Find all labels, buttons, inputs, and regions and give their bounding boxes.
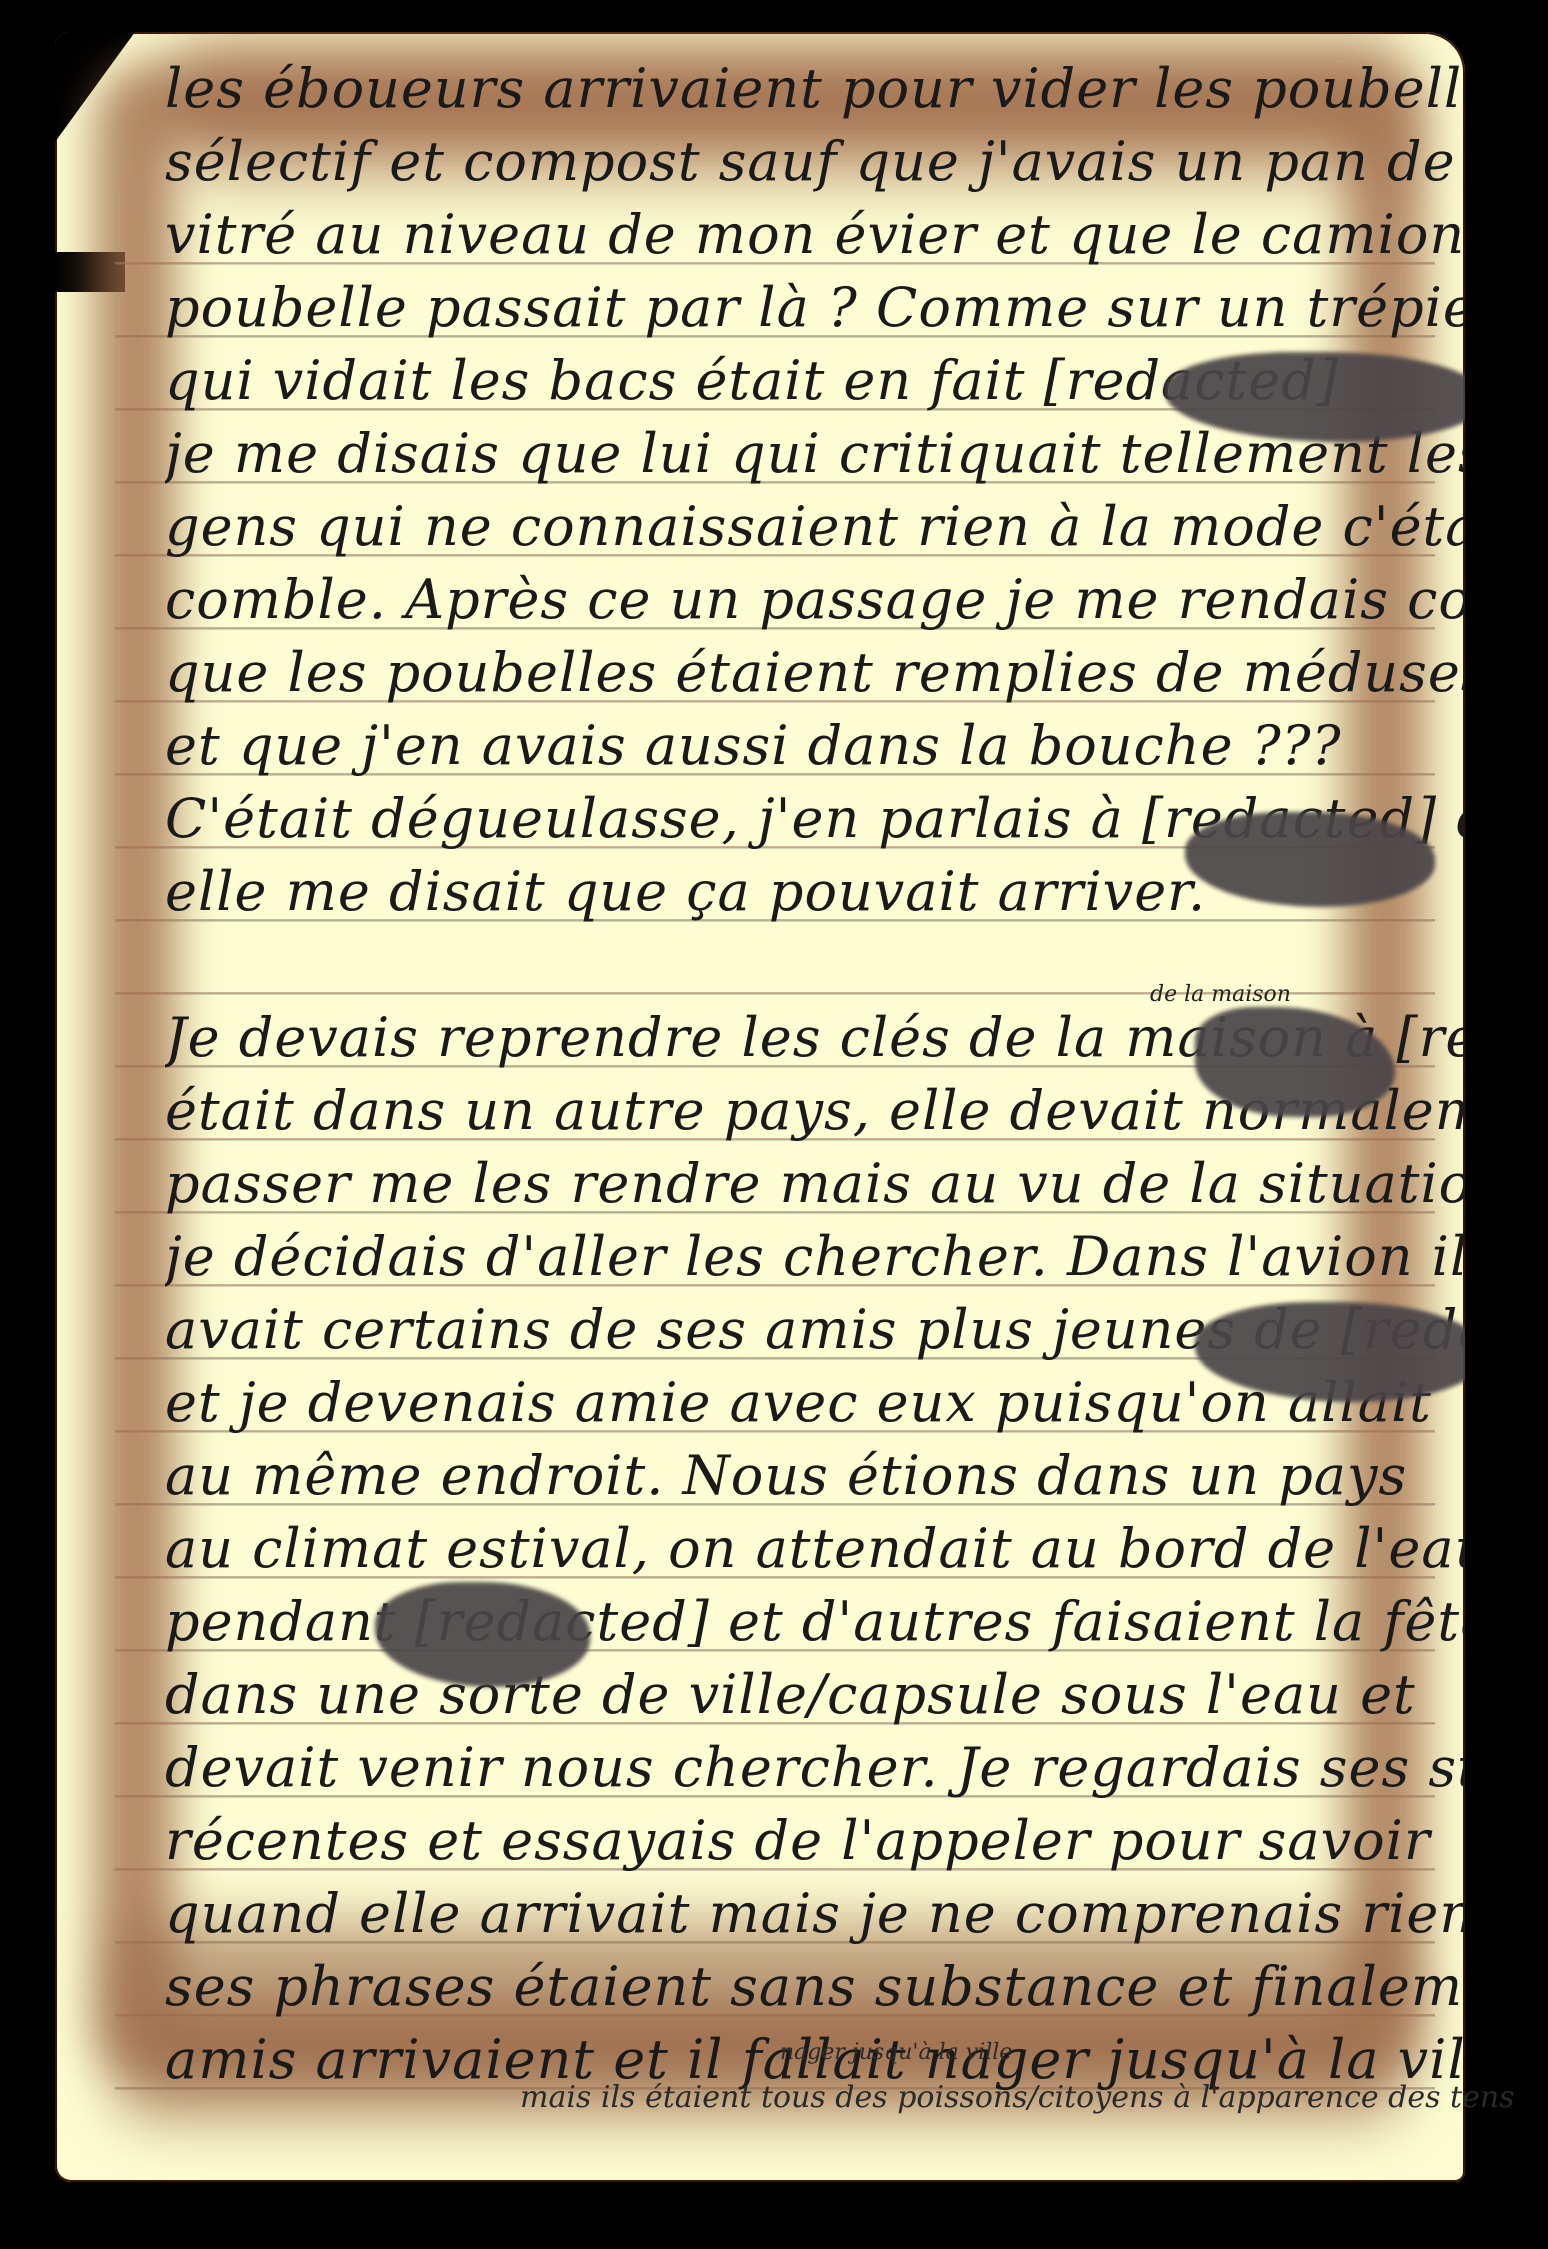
- text-line: vitré au niveau de mon évier et que le c…: [165, 198, 1465, 271]
- text-line: passer me les rendre mais au vu de la si…: [165, 1147, 1465, 1220]
- paragraph-1: les éboueurs arrivaient pour vider les p…: [165, 52, 1465, 928]
- text-line: quand elle arrivait mais je ne comprenai…: [165, 1877, 1465, 1950]
- margin-note-upper: nager jusqu'à la ville: [780, 2040, 1012, 2065]
- notebook-page: les éboueurs arrivaient pour vider les p…: [55, 32, 1465, 2182]
- text-line: au climat estival, on attendait au bord …: [165, 1512, 1465, 1585]
- margin-note-lower: mais ils étaient tous des poissons/citoy…: [520, 2080, 1520, 2115]
- text-line: gens qui ne connaissaient rien à la mode…: [165, 490, 1465, 563]
- text-line: comble. Après ce un passage je me rendai…: [165, 563, 1465, 636]
- paragraph-2: Je devais reprendre les clés de la maiso…: [165, 1001, 1465, 2096]
- text-line: dans une sorte de ville/capsule sous l'e…: [165, 1658, 1465, 1731]
- text-line: que les poubelles étaient remplies de mé…: [165, 636, 1465, 709]
- text-line: les éboueurs arrivaient pour vider les p…: [165, 52, 1465, 125]
- text-line: je décidais d'aller les chercher. Dans l…: [165, 1220, 1465, 1293]
- text-line: sélectif et compost sauf que j'avais un …: [165, 125, 1465, 198]
- text-line: et que j'en avais aussi dans la bouche ?…: [165, 709, 1465, 782]
- text-line: récentes et essayais de l'appeler pour s…: [165, 1804, 1465, 1877]
- inserted-note: de la maison: [1150, 982, 1291, 1007]
- torn-corner: [55, 32, 135, 142]
- text-line: pendant [redacted] et d'autres faisaient…: [165, 1585, 1465, 1658]
- text-line: poubelle passait par là ? Comme sur un t…: [165, 271, 1465, 344]
- text-line: au même endroit. Nous étions dans un pay…: [165, 1439, 1465, 1512]
- text-line: devait venir nous chercher. Je regardais…: [165, 1731, 1465, 1804]
- text-line: ses phrases étaient sans substance et fi…: [165, 1950, 1465, 2023]
